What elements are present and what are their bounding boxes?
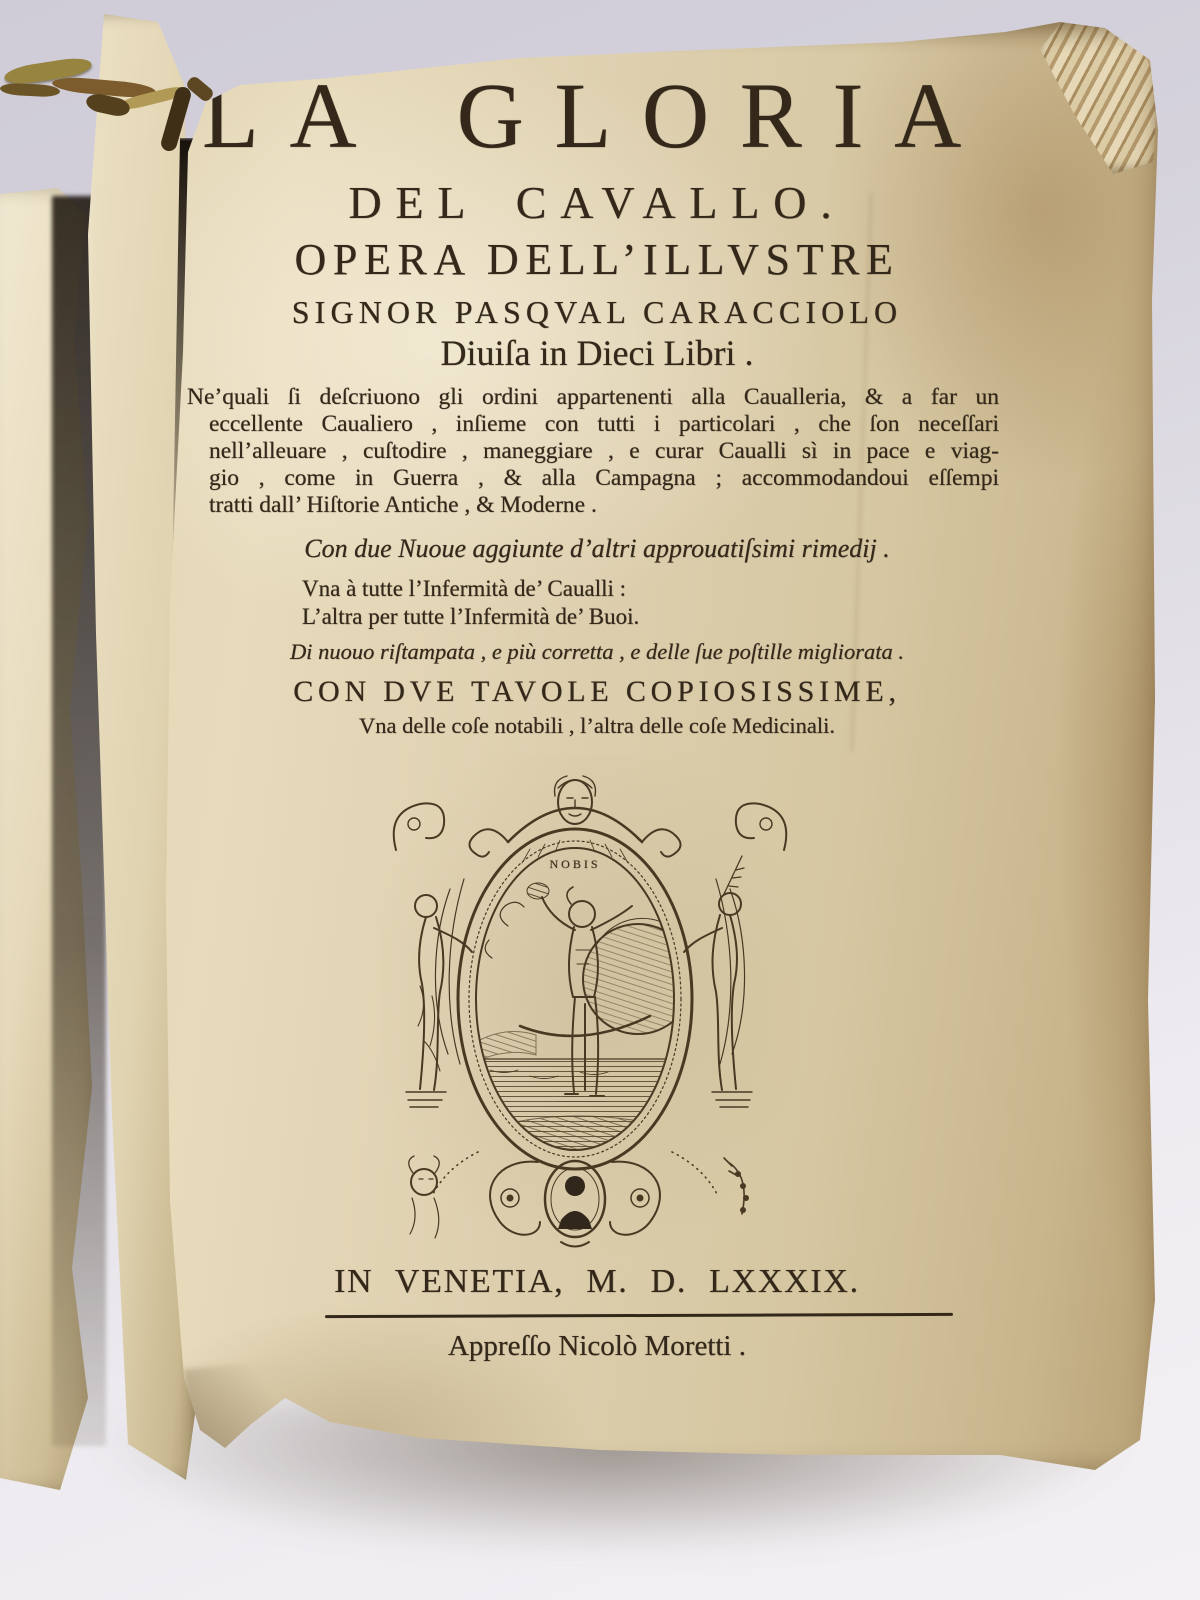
- argument-line: eccellente Caualiero , inſieme con tutti…: [209, 411, 999, 438]
- photo-of-antique-book: LA GLORIA DEL CAVALLO. OPERA DELL’ILLVST…: [0, 0, 1200, 1600]
- tables-detail: Vna delle coſe notabili , l’altra delle …: [97, 715, 1097, 738]
- fortune-emblem-engraving: NOBIS: [380, 754, 800, 1254]
- addition-item: Vna à tutte l’Infermità de’ Caualli :: [302, 575, 639, 603]
- argument-line: Ne’quali ſi deſcriuono gli ordini appart…: [187, 384, 999, 411]
- binding-tie-fragment: [0, 82, 60, 97]
- edition-note: Di nuouo riſtampata , e più corretta , e…: [97, 641, 1097, 664]
- addition-items: Vna à tutte l’Infermità de’ Caualli : L’…: [302, 575, 639, 631]
- divider-rule: [325, 1313, 953, 1318]
- title-page-leaf: LA GLORIA DEL CAVALLO. OPERA DELL’ILLVST…: [88, 22, 1170, 1482]
- tables-line: CON DVE TAVOLE COPIOSISSIME,: [97, 677, 1097, 707]
- argument-line: tratti dall’ Hiſtorie Antiche , & Modern…: [209, 492, 999, 519]
- division-line: Diuiſa in Dieci Libri .: [97, 335, 1097, 371]
- argument-paragraph: Ne’quali ſi deſcriuono gli ordini appart…: [187, 384, 999, 519]
- printed-title-page: LA GLORIA DEL CAVALLO. OPERA DELL’ILLVST…: [97, 22, 1097, 1482]
- printers-device-woodcut: NOBIS: [380, 754, 800, 1254]
- addition-item: L’altra per tutte l’Infermità de’ Buoi.: [302, 603, 639, 631]
- imprint-line: IN VENETIA, M. D. LXXXIX.: [97, 1265, 1097, 1299]
- subtitle-line: DEL CAVALLO.: [97, 180, 1097, 226]
- argument-line: nell’alleuare , cuſtodire , maneggiare ,…: [209, 438, 999, 465]
- device-motto: NOBIS: [549, 857, 600, 871]
- argument-line: gio , come in Guerra , & alla Campagna ;…: [209, 465, 999, 492]
- additions-note: Con due Nuoue aggiunte d’altri approuati…: [97, 536, 1097, 562]
- main-title: LA GLORIA: [97, 70, 1097, 163]
- author-line: SIGNOR PASQVAL CARACCIOLO: [97, 296, 1097, 328]
- opera-line: OPERA DELL’ILLVSTRE: [97, 238, 1097, 282]
- publisher-line: Appreſſo Nicolò Moretti .: [97, 1332, 1097, 1361]
